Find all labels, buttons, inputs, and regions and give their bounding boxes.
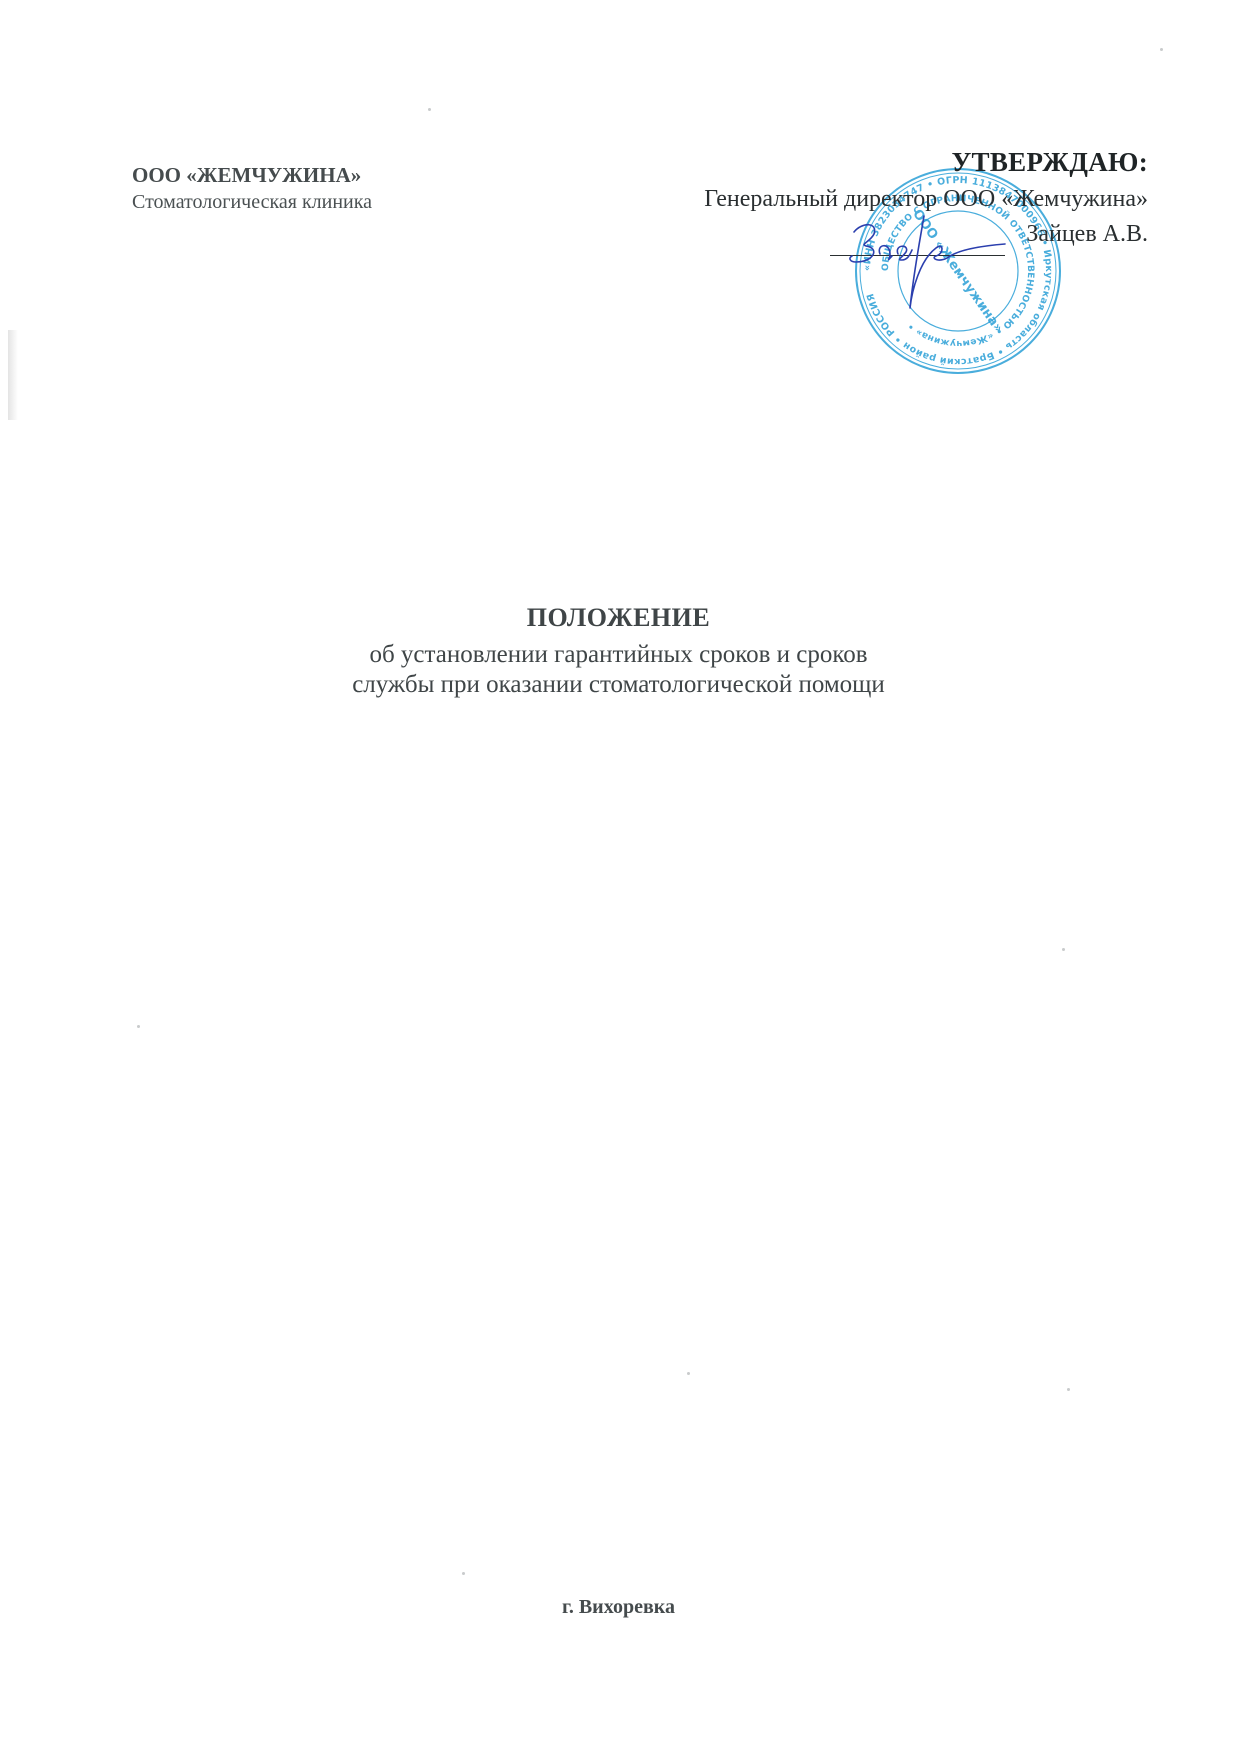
- organization-type: Стоматологическая клиника: [132, 191, 372, 214]
- scan-edge-artifact: [8, 330, 18, 420]
- director-position: Генеральный директор ООО «Жемчужина»: [704, 186, 1148, 213]
- scan-speck: [687, 1372, 690, 1375]
- scan-speck: [137, 1025, 140, 1028]
- scan-speck: [428, 108, 431, 111]
- scan-speck: [1062, 948, 1065, 951]
- organization-name: ООО «ЖЕМЧУЖИНА»: [132, 163, 361, 188]
- document-subtitle-line-1: об установлении гарантийных сроков и сро…: [0, 641, 1237, 669]
- document-title: ПОЛОЖЕНИЕ: [0, 603, 1237, 633]
- approval-heading: УТВЕРЖДАЮ:: [951, 147, 1148, 178]
- document-subtitle-line-2: службы при оказании стоматологической по…: [0, 671, 1237, 699]
- scan-speck: [1160, 48, 1163, 51]
- signatory-name: Зайцев А.В.: [1026, 221, 1148, 248]
- scan-speck: [1067, 1388, 1070, 1391]
- scan-speck: [462, 1572, 465, 1575]
- city-name: г. Вихоревка: [0, 1596, 1237, 1619]
- handwritten-signature-icon: [840, 210, 1010, 320]
